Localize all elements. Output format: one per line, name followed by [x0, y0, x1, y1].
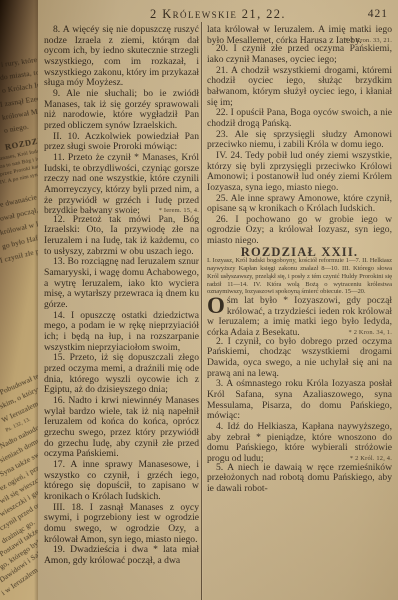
verse-paragraph: 2. I czynił, co było dobrego przed oczym… — [207, 337, 392, 380]
verse-paragraph: 25. Ale inne sprawy Amonowe, które czyni… — [207, 194, 392, 215]
verse-paragraph: II. 10. Aczkolwiek powiedział Pan przez … — [44, 132, 199, 153]
verse-paragraph: 26. I pochowano go w grobie iego w ogrod… — [207, 215, 392, 247]
verse-paragraph: 12. Przetoż tak mówi Pan, Bóg Izraelski:… — [44, 215, 199, 258]
verse-paragraph: 3. A ośmnastego roku Króla Iozyasza posł… — [207, 379, 392, 422]
book-photo: i rury, które przydo miasta, to zapisano… — [0, 0, 398, 600]
page-number: 421 — [368, 8, 388, 20]
verse-paragraph: 9. Ale nie słuchali; bo ie zwiódł Manase… — [44, 89, 199, 132]
verse-paragraph: 5. A niech ie dawaią w ręce rzemieśników… — [207, 463, 392, 495]
verse-paragraph: 16. Nadto i krwi niewinnéy Manases wylał… — [44, 396, 199, 460]
left-text-column: 8. A więcéy się nie dopuszczę ruszyć nod… — [44, 25, 199, 566]
verse-paragraph: 23. Ale się sprzysięgli słudzy Amonowi p… — [207, 130, 392, 151]
bible-page: 2 Królewskie 21, 22. 421 8. A więcéy się… — [38, 0, 398, 600]
verse-paragraph: 8. A więcéy się nie dopuszczę ruszyć nod… — [44, 25, 199, 89]
verse-paragraph: 20. I czynił złe przed oczyma Pańskiemi,… — [207, 44, 392, 65]
verse-paragraph: IV. 24. Tedy pobił lud onéy ziemi wszyst… — [207, 151, 392, 194]
verse-paragraph: 19. Dwadzieścia i dwa * lata miał Amon, … — [44, 545, 199, 566]
verse-paragraph: 21. A chodził wszystkiemi drogami, które… — [207, 66, 392, 109]
verse-paragraph: 15. Przeto, iż się dopuszczali złego prz… — [44, 353, 199, 396]
verse-paragraph: 22. I opuścił Pana, Boga oyców swoich, a… — [207, 108, 392, 129]
chapter-summary: I. Iozyasz, Król Iudski bogoboyny, kości… — [207, 257, 392, 296]
running-title: 2 Królewskie 21, 22. — [38, 7, 398, 22]
column-divider-rule — [201, 22, 202, 600]
verse-paragraph: 13. Bo rozciągnę nad Ieruzalem sznur Sam… — [44, 257, 199, 310]
verse-paragraph: 14. I opuszczę ostatki dziedzictwa mego,… — [44, 311, 199, 354]
chapter-heading: ROZDZIAŁ XXII. — [207, 247, 392, 258]
right-text-column: lata królował w Ieruzalem. A imię matki … — [207, 25, 392, 494]
page-header: 2 Królewskie 21, 22. 421 — [38, 7, 398, 23]
drop-cap: O — [207, 296, 227, 315]
facing-page-fragment: o niego. — [3, 122, 29, 135]
verse-paragraph: III. 18. I zasnął Manases z oycy swymi, … — [44, 503, 199, 546]
verse-paragraph: 17. A inne sprawy Manasesowe, i wszystko… — [44, 460, 199, 503]
